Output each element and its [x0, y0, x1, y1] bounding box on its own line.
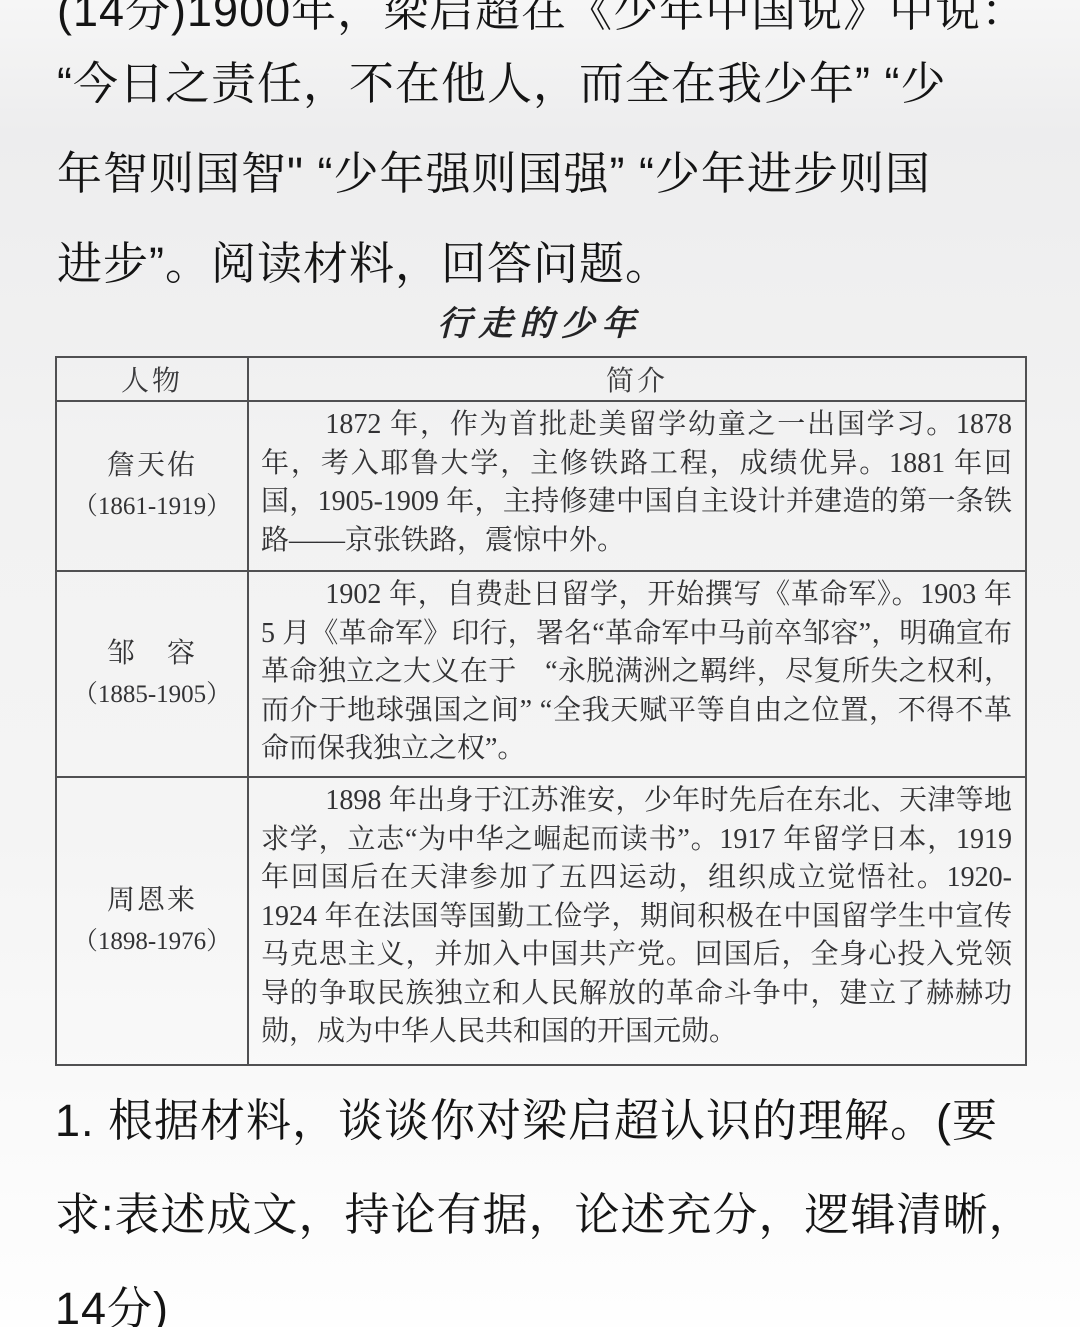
table-row: 周恩来 （1898-1976） 1898 年出身于江苏淮安，少年时先后在东北、天… — [56, 777, 1026, 1065]
person-name: 周恩来 — [58, 880, 246, 922]
person-cell: 邹 容 （1885-1905） — [56, 571, 248, 777]
person-cell: 周恩来 （1898-1976） — [56, 777, 248, 1065]
person-years: （1898-1976） — [58, 922, 246, 962]
stem-line: 年智则国智" “少年强则国强” “少年进步则国 — [57, 151, 1064, 196]
table-row: 邹 容 （1885-1905） 1902 年，自费赴日留学，开始撰写《革命军》。… — [56, 571, 1026, 777]
person-cell: 詹天佑 （1861-1919） — [56, 401, 248, 571]
question-line: 1. 根据材料，谈谈你对梁启超认识的理解。(要 — [55, 1098, 1064, 1144]
table-row: 詹天佑 （1861-1919） 1872 年，作为首批赴美留学幼童之一出国学习。… — [56, 401, 1026, 571]
question-line: 求:表述成文，持论有据，论述充分，逻辑清晰， — [55, 1192, 1064, 1238]
question-line: 14分) — [55, 1286, 1064, 1327]
person-years: （1861-1919） — [58, 487, 246, 527]
person-intro-text: 1898 年出身于江苏淮安，少年时先后在东北、天津等地求学，立志“为中华之崛起而… — [261, 782, 1012, 1052]
exam-page: { "stem": { "lines": [ "(14分)1900年，梁启超在《… — [0, 0, 1080, 1327]
intro-cell: 1898 年出身于江苏淮安，少年时先后在东北、天津等地求学，立志“为中华之崛起而… — [248, 777, 1026, 1065]
material-table-title: 行走的少年 — [0, 306, 1080, 344]
question-1: 1. 根据材料，谈谈你对梁启超认识的理解。(要 求:表述成文，持论有据，论述充分… — [0, 1098, 1080, 1327]
question-stem: (14分)1900年，梁启超在《少年中国说》中说： “今日之责任，不在他人，而全… — [0, 0, 1080, 286]
person-name: 邹 容 — [58, 633, 246, 675]
column-header-person: 人物 — [56, 357, 248, 401]
column-header-intro: 简介 — [248, 357, 1026, 401]
person-intro-text: 1872 年，作为首批赴美留学幼童之一出国学习。1878 年，考入耶鲁大学，主修… — [261, 406, 1012, 560]
person-intro-text: 1902 年，自费赴日留学，开始撰写《革命军》。1903 年 5 月《革命军》印… — [261, 576, 1012, 769]
intro-cell: 1872 年，作为首批赴美留学幼童之一出国学习。1878 年，考入耶鲁大学，主修… — [248, 401, 1026, 571]
person-name: 詹天佑 — [58, 445, 246, 487]
stem-line: 进步”。阅读材料，回答问题。 — [57, 241, 1064, 286]
material-table: 人物 简介 詹天佑 （1861-1919） 1872 年，作为首批赴美留学幼童之… — [55, 356, 1027, 1066]
intro-cell: 1902 年，自费赴日留学，开始撰写《革命军》。1903 年 5 月《革命军》印… — [248, 571, 1026, 777]
person-years: （1885-1905） — [58, 675, 246, 715]
stem-line: “今日之责任，不在他人，而全在我少年” “少 — [57, 61, 1064, 106]
stem-line: (14分)1900年，梁启超在《少年中国说》中说： — [57, 0, 1064, 33]
table-header-row: 人物 简介 — [56, 357, 1026, 401]
